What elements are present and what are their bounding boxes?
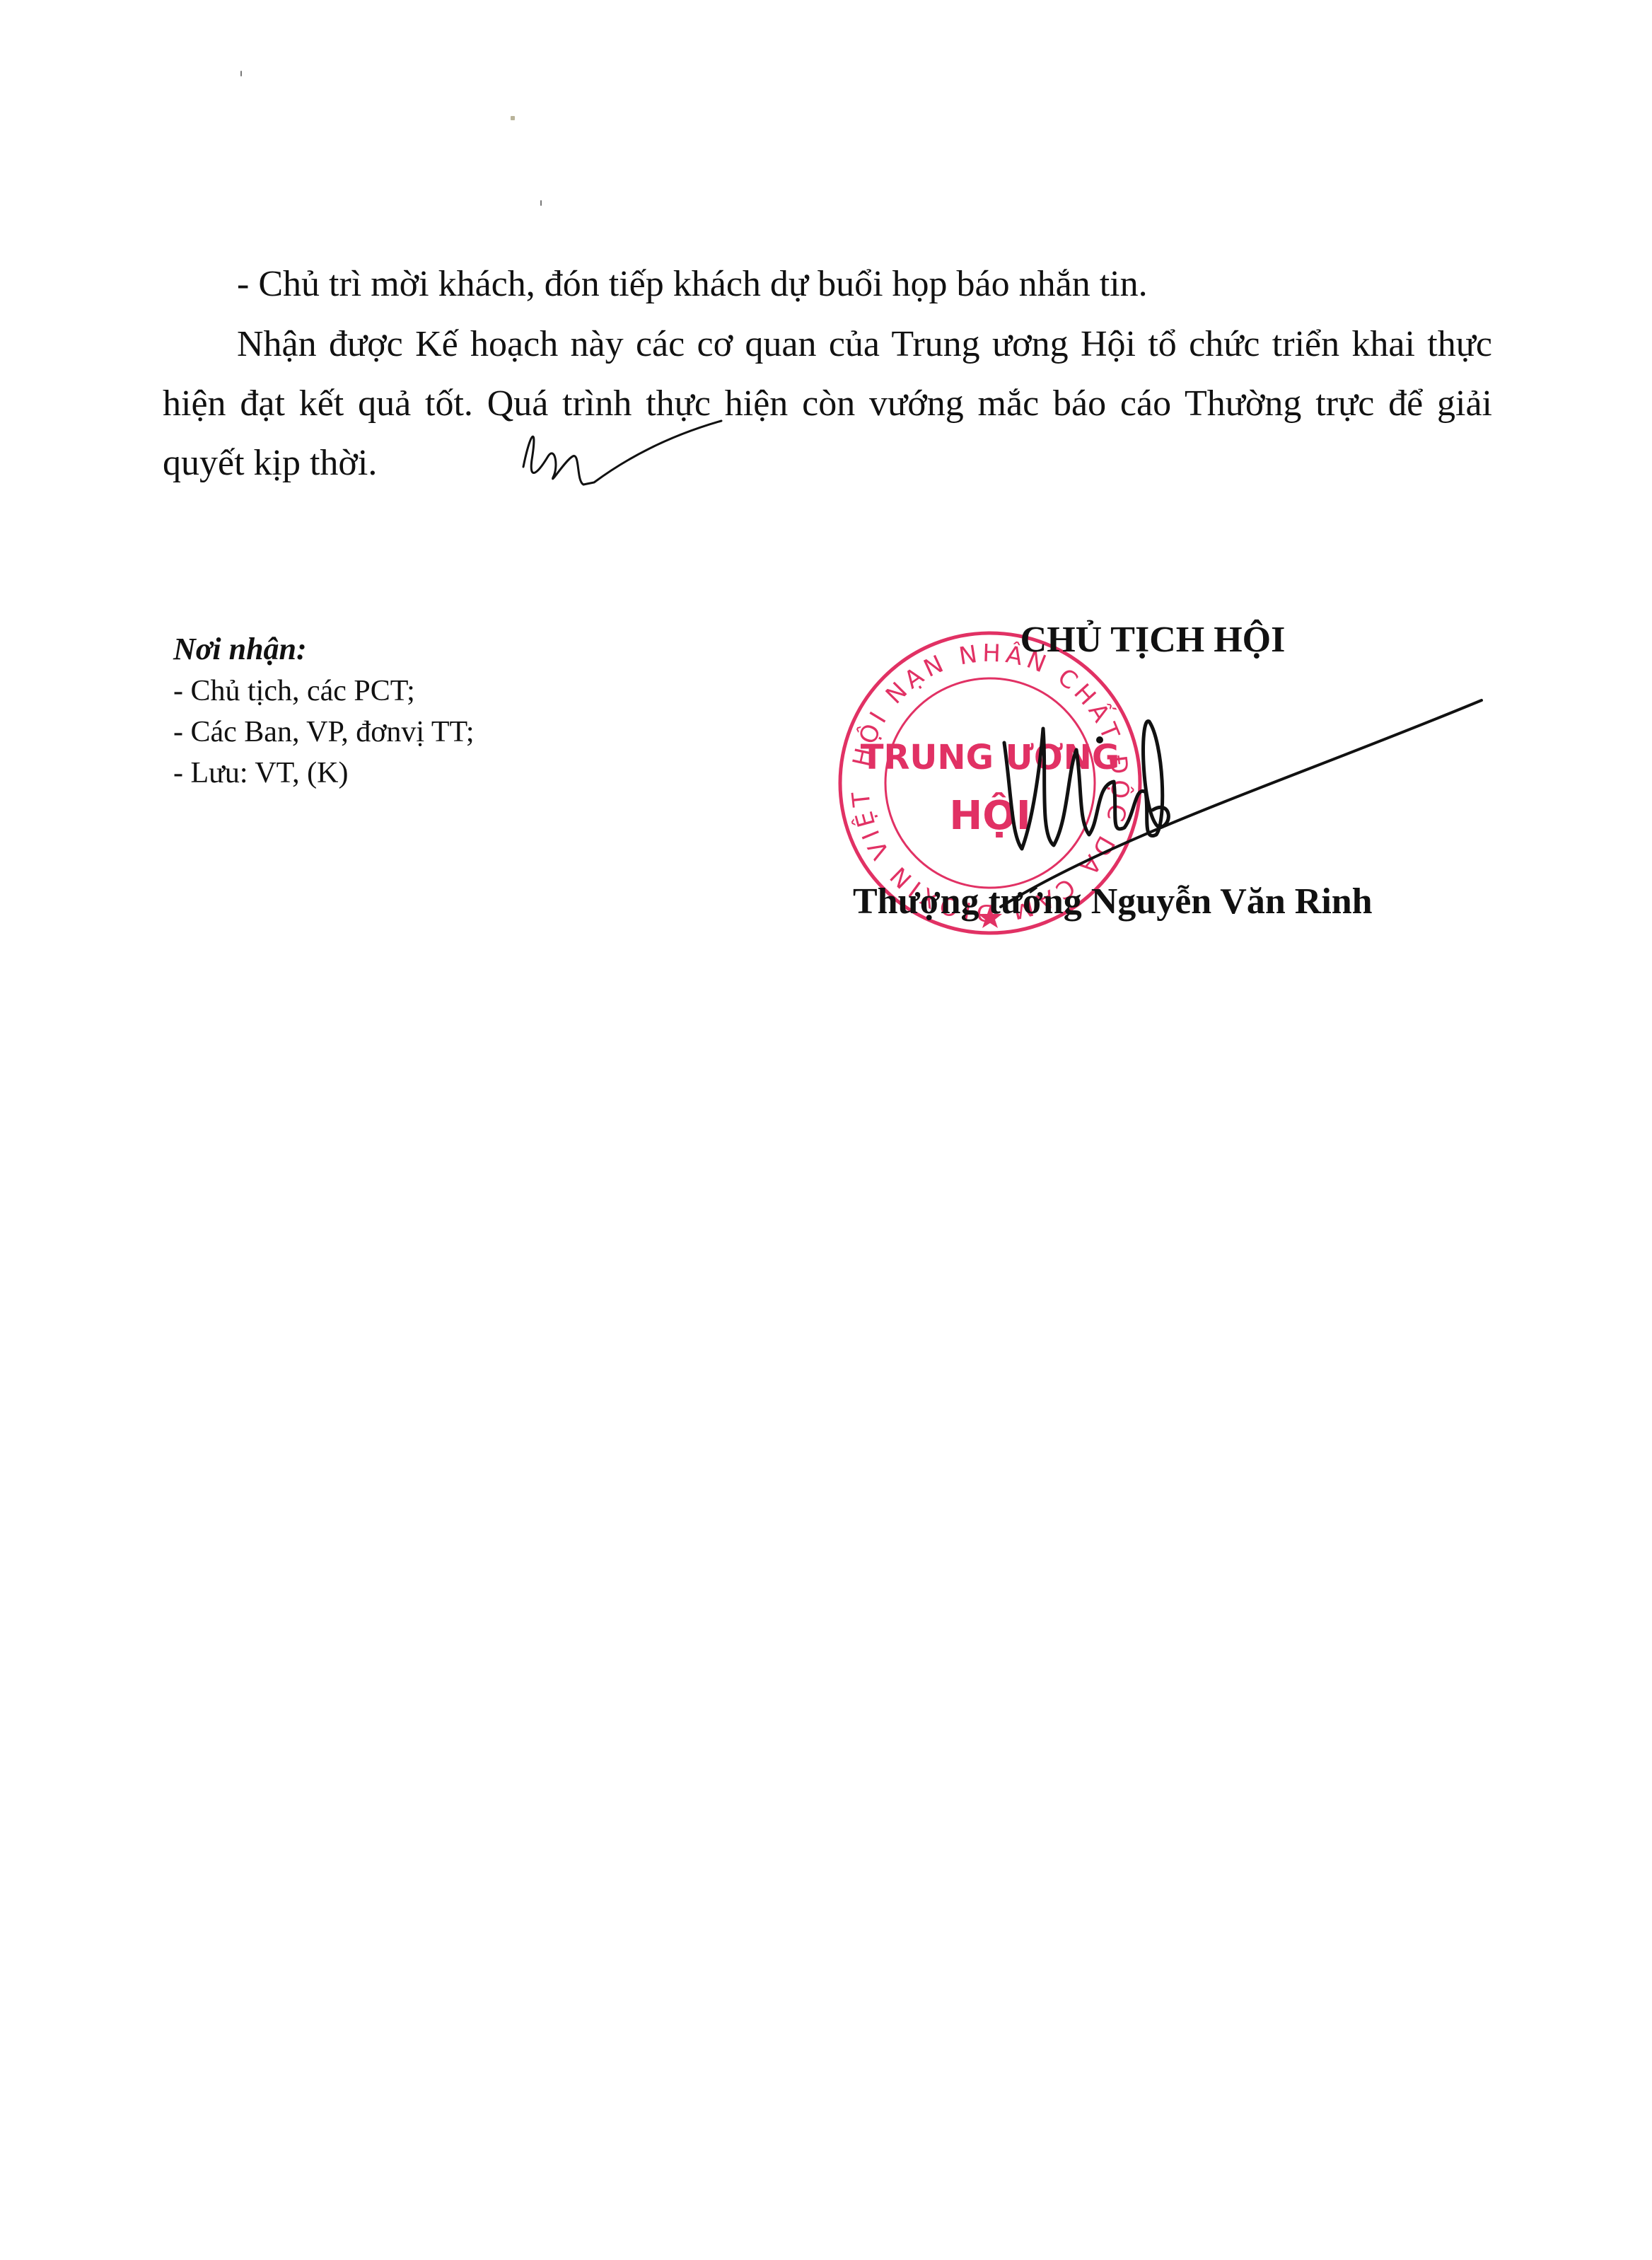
signatory-name: Thượng tướng Nguyễn Văn Rinh xyxy=(853,877,1373,927)
recipient-item: - Các Ban, VP, đơnvị TT; xyxy=(173,712,475,753)
recipient-item: - Chủ tịch, các PCT; xyxy=(173,671,475,712)
scan-speck xyxy=(511,116,515,120)
scan-speck xyxy=(540,200,542,206)
recipient-item: - Lưu: VT, (K) xyxy=(173,753,475,794)
closing-paragraph: Nhận được Kế hoạch này các cơ quan của T… xyxy=(163,315,1492,493)
initials-mark-icon xyxy=(516,417,728,495)
signature-block: HỘI NẠN NHÂN CHẤT ĐỘC DA CAM DIOXIN VIỆT… xyxy=(799,608,1506,962)
document-page: - Chủ trì mời khách, đón tiếp khách dự b… xyxy=(0,0,1652,2260)
closing-paragraph-text: Nhận được Kế hoạch này các cơ quan của T… xyxy=(163,324,1492,483)
bullet-line: - Chủ trì mời khách, đón tiếp khách dự b… xyxy=(237,263,1148,305)
recipients-heading: Nơi nhận: xyxy=(173,628,475,671)
stamp-center-top: TRUNG ƯƠNG xyxy=(861,738,1120,777)
scan-speck xyxy=(240,71,242,76)
stamp-center-bottom: HỘI xyxy=(949,793,1030,839)
signatory-title: CHỦ TỊCH HỘI xyxy=(969,615,1337,665)
recipients-block: Nơi nhận: - Chủ tịch, các PCT; - Các Ban… xyxy=(173,628,475,794)
